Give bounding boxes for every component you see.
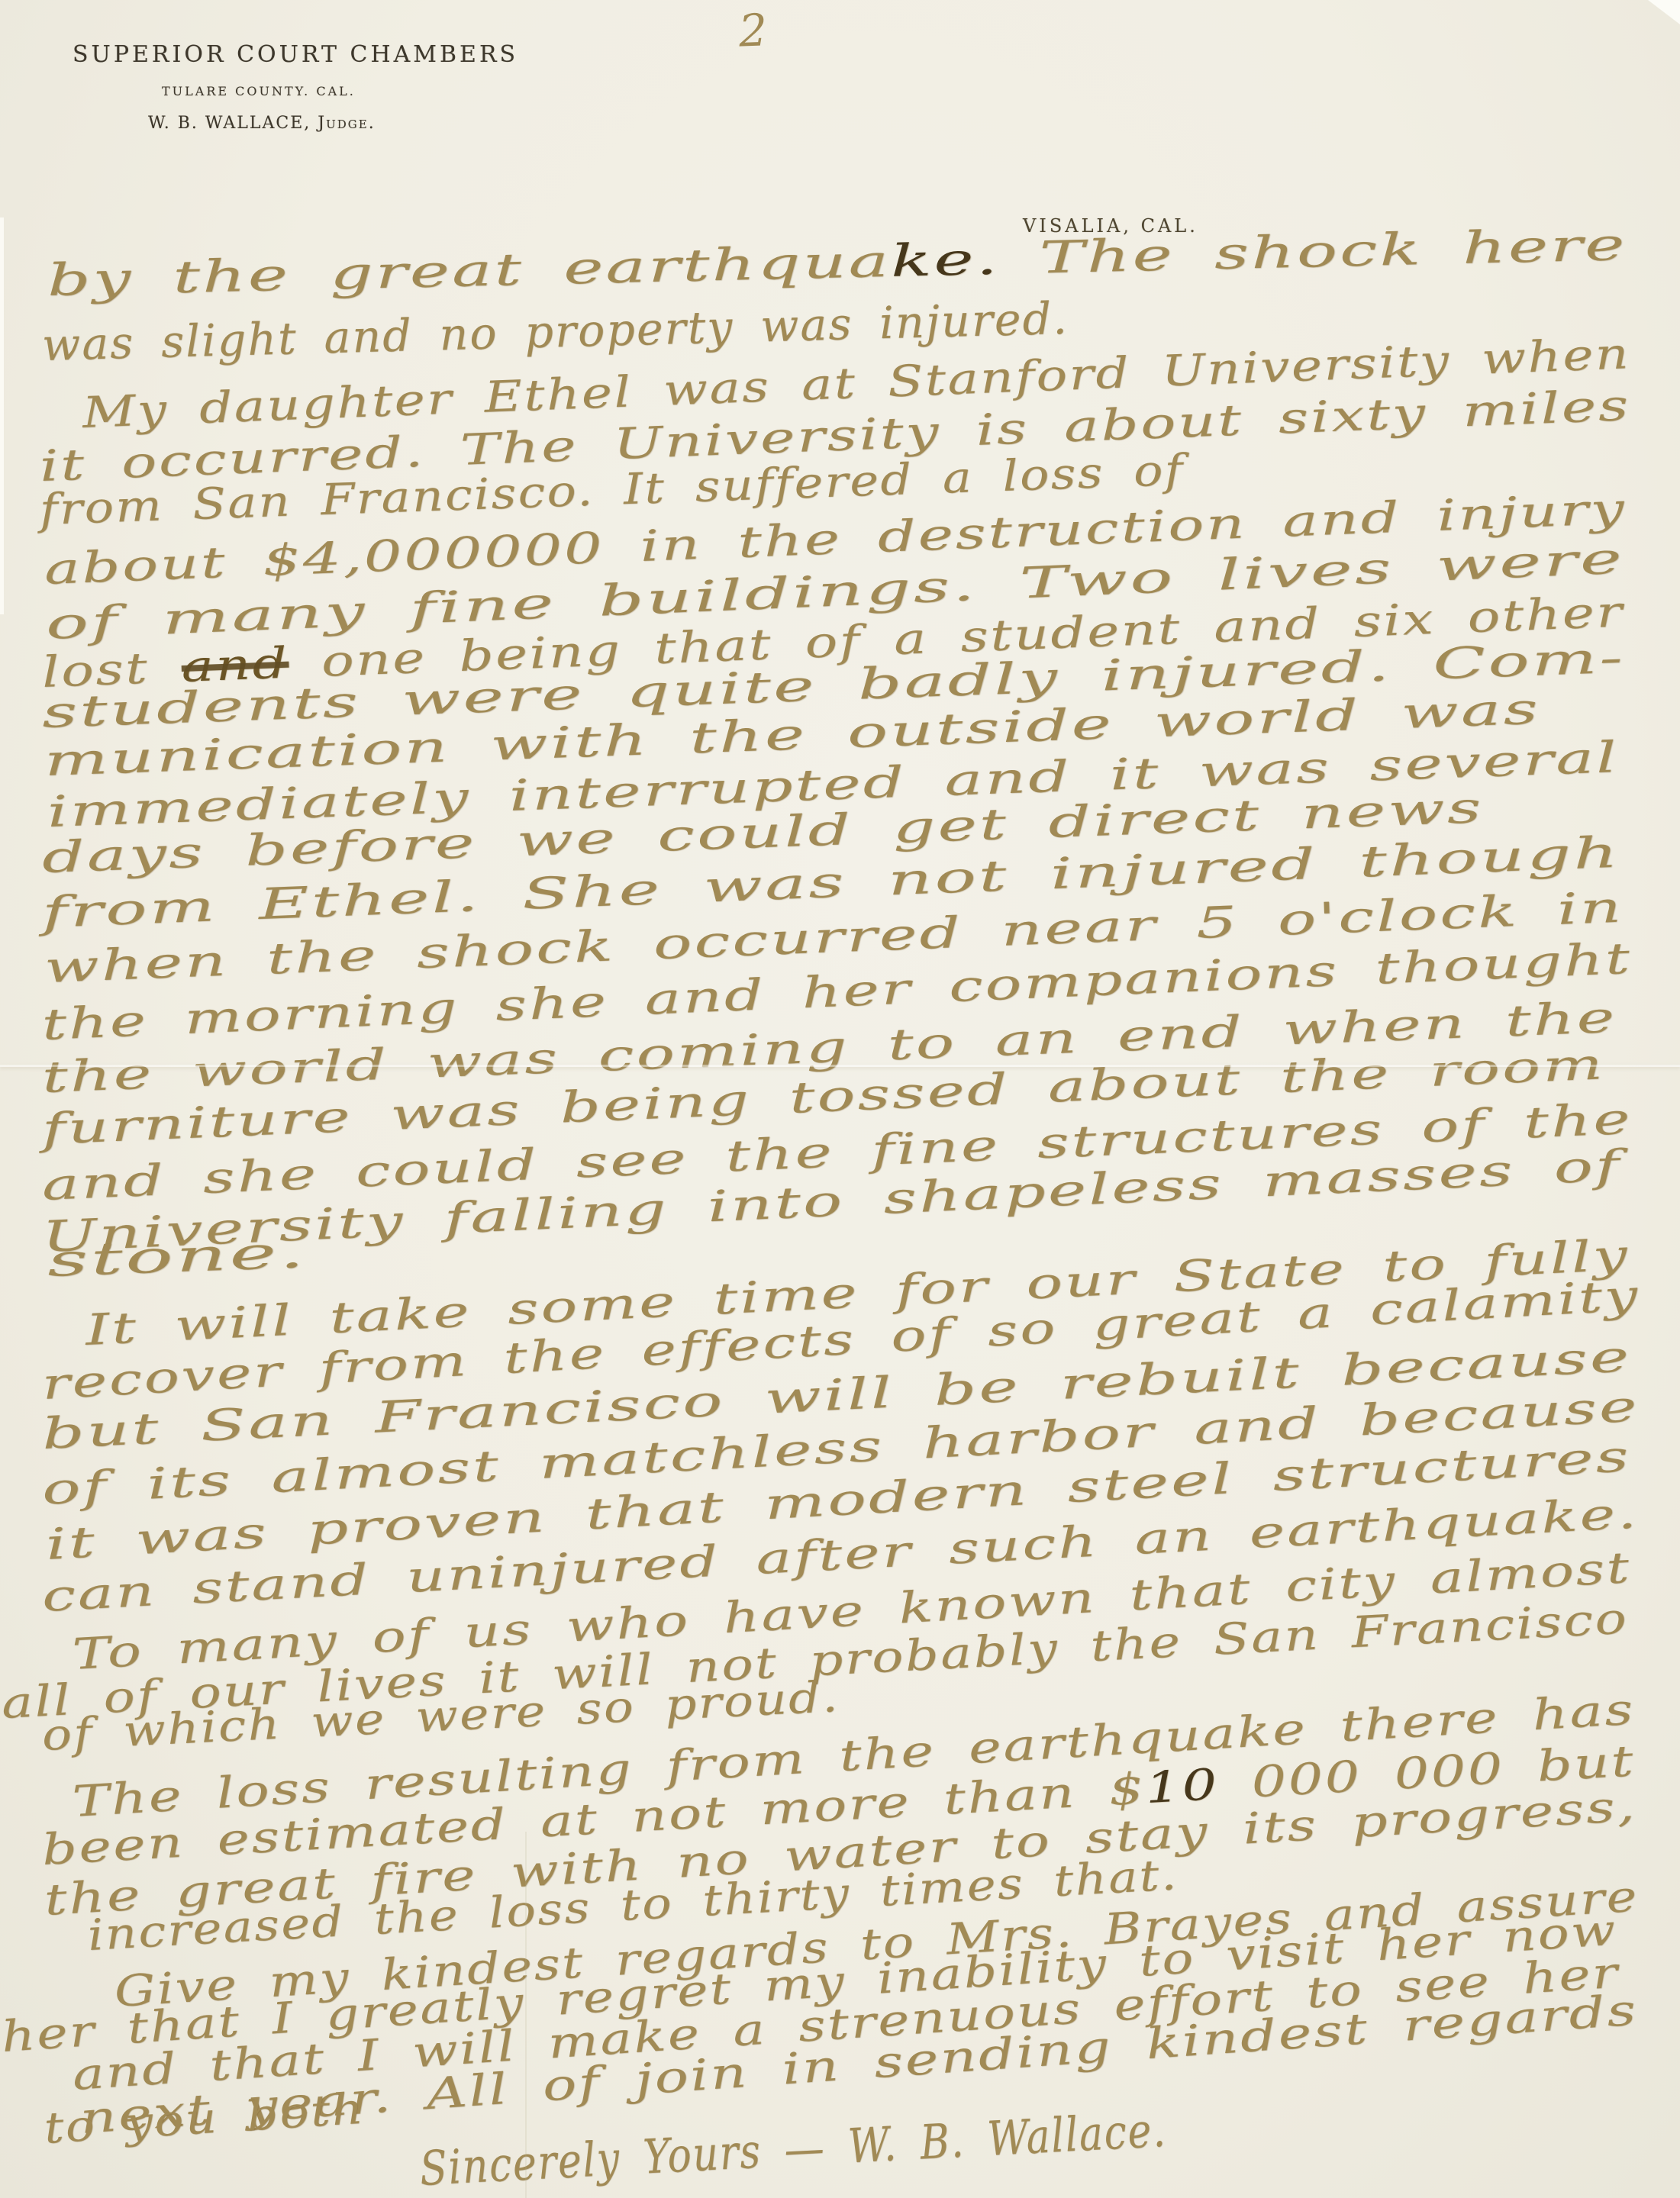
handwriting-segment: 10 — [1144, 1760, 1220, 1813]
signature-line: Sincerely Yours — W. B. Wallace. — [418, 2104, 1168, 2195]
letterhead-office: SUPERIOR COURT CHAMBERS — [73, 41, 518, 68]
handwriting-segment: by the great earthqua — [47, 235, 891, 306]
paper-crease-horizontal — [0, 1065, 1680, 1067]
handwriting-segment: Sincerely Yours — W. B. Wallace. — [418, 2102, 1168, 2196]
letter-page: SUPERIOR COURT CHAMBERS TULARE COUNTY. C… — [0, 0, 1680, 2198]
handwriting-segment: stone. — [47, 1226, 308, 1287]
paper-crease-vertical — [525, 1832, 527, 2198]
letterhead-judge: W. B. WALLACE, Judge. — [148, 114, 376, 133]
paper-corner — [1648, 0, 1680, 24]
page-number: 2 — [738, 4, 768, 56]
handwritten-line: stone. — [47, 1228, 308, 1286]
handwriting-segment: ke. — [890, 233, 1000, 287]
letterhead-county: TULARE COUNTY. CAL. — [162, 84, 356, 98]
handwritten-line: by the great earthquake. The shock here — [47, 221, 1627, 305]
paper-edge-sliver — [0, 218, 4, 614]
